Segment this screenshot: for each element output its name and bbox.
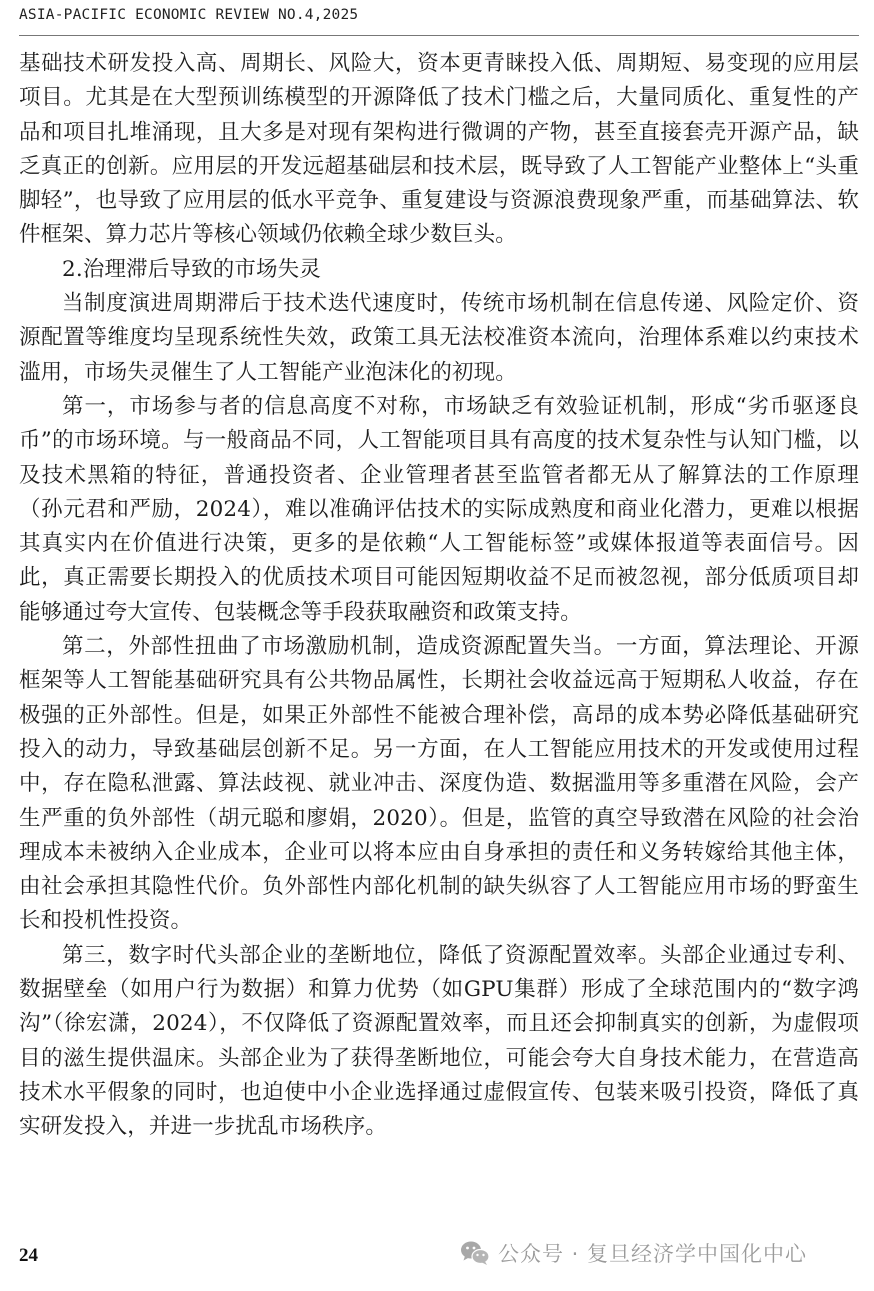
- running-header: ASIA-PACIFIC ECONOMIC REVIEW NO.4,2025: [19, 7, 358, 23]
- wechat-icon: [460, 1239, 490, 1267]
- paragraph: 第一，市场参与者的信息高度不对称，市场缺乏有效验证机制，形成“劣币驱逐良币”的市…: [19, 390, 859, 630]
- watermark: 公众号 · 复旦经济学中国化中心: [460, 1238, 807, 1268]
- paragraph: 当制度演进周期滞后于技术迭代速度时，传统市场机制在信息传递、风险定价、资源配置等…: [19, 287, 859, 390]
- paragraph-continuation: 基础技术研发投入高、周期长、风险大，资本更青睐投入低、周期短、易变现的应用层项目…: [19, 47, 859, 253]
- paragraph: 第三，数字时代头部企业的垄断地位，降低了资源配置效率。头部企业通过专利、数据壁垒…: [19, 939, 859, 1145]
- article-body: 基础技术研发投入高、周期长、风险大，资本更青睐投入低、周期短、易变现的应用层项目…: [19, 47, 859, 1145]
- header-rule: [19, 35, 859, 36]
- page-number: 24: [19, 1245, 38, 1267]
- section-heading: 2.治理滞后导致的市场失灵: [19, 253, 859, 287]
- watermark-text: 公众号 · 复旦经济学中国化中心: [498, 1238, 807, 1268]
- paragraph: 第二，外部性扭曲了市场激励机制，造成资源配置失当。一方面，算法理论、开源框架等人…: [19, 630, 859, 939]
